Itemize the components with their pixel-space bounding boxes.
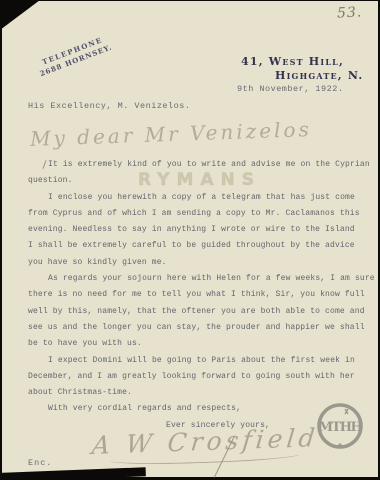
body-line: evening. Needless to say in anything I w… [28, 222, 366, 238]
body-line: As regards your sojourn here with Helen … [28, 271, 366, 287]
body-line: well by this, namely, that the oftener y… [28, 304, 366, 320]
body-line: It is extremely kind of you to write and… [28, 157, 366, 173]
letter-scan: 53. TELEPHONE 2688 HORNSEY. 41, West Hil… [0, 0, 380, 480]
recipient-line: His Excellency, M. Venizelos. [28, 101, 190, 111]
letter-body: It is extremely kind of you to write and… [28, 157, 366, 434]
body-line: question. [28, 173, 366, 189]
page-number: 53. [336, 4, 362, 21]
letterhead-address-line1: 41, West Hill, [241, 55, 344, 68]
body-line: from Cyprus and of which I am sending a … [28, 206, 366, 222]
body-line: see us and the longer you can stay, the … [28, 320, 366, 336]
body-line: be to have you with us. [28, 336, 366, 352]
torn-corner [0, 0, 40, 30]
body-line: December, and I am greatly looking forwa… [28, 369, 366, 385]
body-line: you have so kindly given me. [28, 255, 366, 271]
enclosure-note: Enc. [28, 458, 52, 468]
body-line: I enclose you herewith a copy of a teleg… [28, 190, 366, 206]
body-line: about Christmas-time. [28, 385, 366, 401]
archive-stamp-monogram: MTHH [319, 420, 363, 435]
letter-date: 9th November, 1922. [237, 84, 343, 94]
body-line: I expect Domini will be going to Paris a… [28, 353, 366, 369]
archive-monogram-stamp-icon: MTHH [315, 401, 365, 451]
body-line: there is no need for me to tell you what… [28, 287, 366, 303]
body-line: I shall be extremely careful to be guide… [28, 238, 366, 254]
letterhead-address-line2: Highgate, N. [275, 69, 363, 82]
